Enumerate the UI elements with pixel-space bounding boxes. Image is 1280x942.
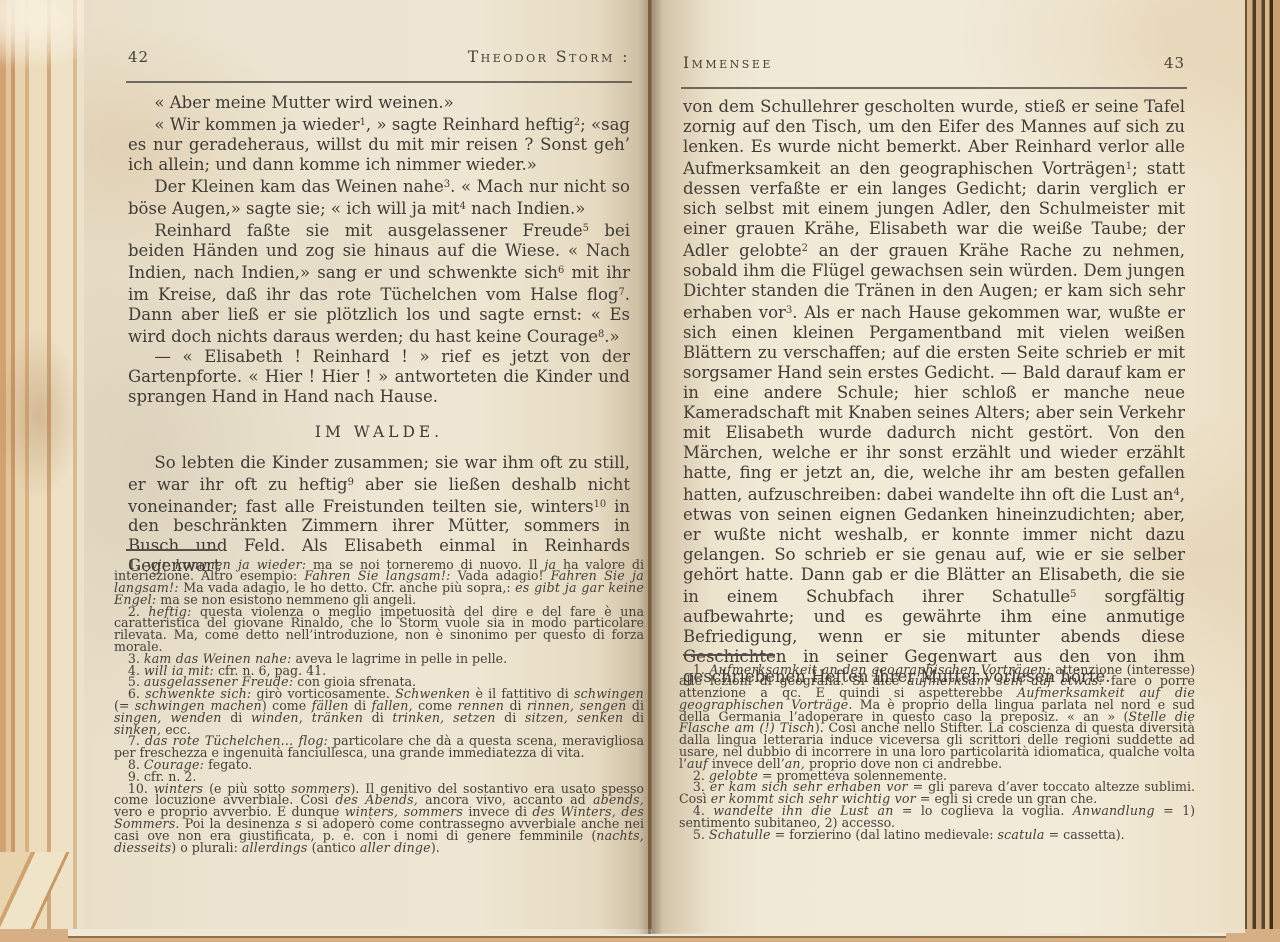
book-scan: { "colors": { "paper_left": "#ece4d0", "…	[0, 0, 1280, 942]
page-number: 43	[1164, 54, 1185, 72]
footnote: 2. heftig: questa violenza o meglio impe…	[114, 606, 644, 653]
paragraph: Der Kleinen kam das Weinen nahe3. « Mach…	[128, 175, 630, 219]
footnote: 6. schwenkte sich: girò vorticosamente. …	[114, 688, 644, 735]
page-left: 42 Theodor Storm : « Aber meine Mutter w…	[84, 0, 648, 929]
paragraph: von dem Schullehrer gescholten wurde, st…	[683, 97, 1185, 687]
footnote: 4. wandelte ihn die Lust an = lo cogliev…	[679, 805, 1195, 829]
page-header: 42 Theodor Storm :	[128, 48, 630, 66]
page-header: Immensee 43	[683, 54, 1185, 72]
footnotes: 1. wir kommen ja wieder: ma se noi torne…	[114, 559, 644, 854]
footnote: 10. winters (e più sotto sommers). Il ge…	[114, 783, 644, 854]
footnote-section: 1. Aufmerksamkeit an den geographischen …	[679, 654, 1195, 840]
main-text: von dem Schullehrer gescholten wurde, st…	[683, 97, 1185, 687]
footnote: 3. er kam sich sehr erhaben vor = gli pa…	[679, 781, 1195, 805]
footnote: 7. das rote Tüchelchen... flog: particol…	[114, 735, 644, 759]
paragraph: « Wir kommen ja wieder1, » sagte Reinhar…	[128, 113, 630, 175]
page-right: Immensee 43 von dem Schullehrer gescholt…	[652, 0, 1245, 933]
paragraph: — « Elisabeth ! Reinhard ! » rief es jet…	[128, 347, 630, 407]
running-title: Immensee	[683, 54, 773, 72]
footnote-rule	[683, 654, 775, 656]
section-heading: IM WALDE.	[128, 422, 630, 442]
main-text: « Aber meine Mutter wird weinen.» « Wir …	[128, 93, 630, 576]
footnotes: 1. Aufmerksamkeit an den geographischen …	[679, 664, 1195, 841]
header-rule	[126, 81, 632, 83]
page-number: 42	[128, 48, 149, 66]
footnote-rule	[126, 549, 218, 551]
footnote-section: 1. wir kommen ja wieder: ma se noi torne…	[114, 549, 644, 853]
header-rule	[681, 87, 1187, 89]
paragraph: « Aber meine Mutter wird weinen.»	[128, 93, 630, 113]
running-title: Theodor Storm :	[468, 48, 630, 66]
paragraph: Reinhard faßte sie mit ausgelassener Fre…	[128, 219, 630, 347]
footnote: 1. wir kommen ja wieder: ma se noi torne…	[114, 559, 644, 606]
footnote: 1. Aufmerksamkeit an den geographischen …	[679, 664, 1195, 770]
footnote: 5. Schatulle = forzierino (dal latino me…	[679, 829, 1195, 841]
